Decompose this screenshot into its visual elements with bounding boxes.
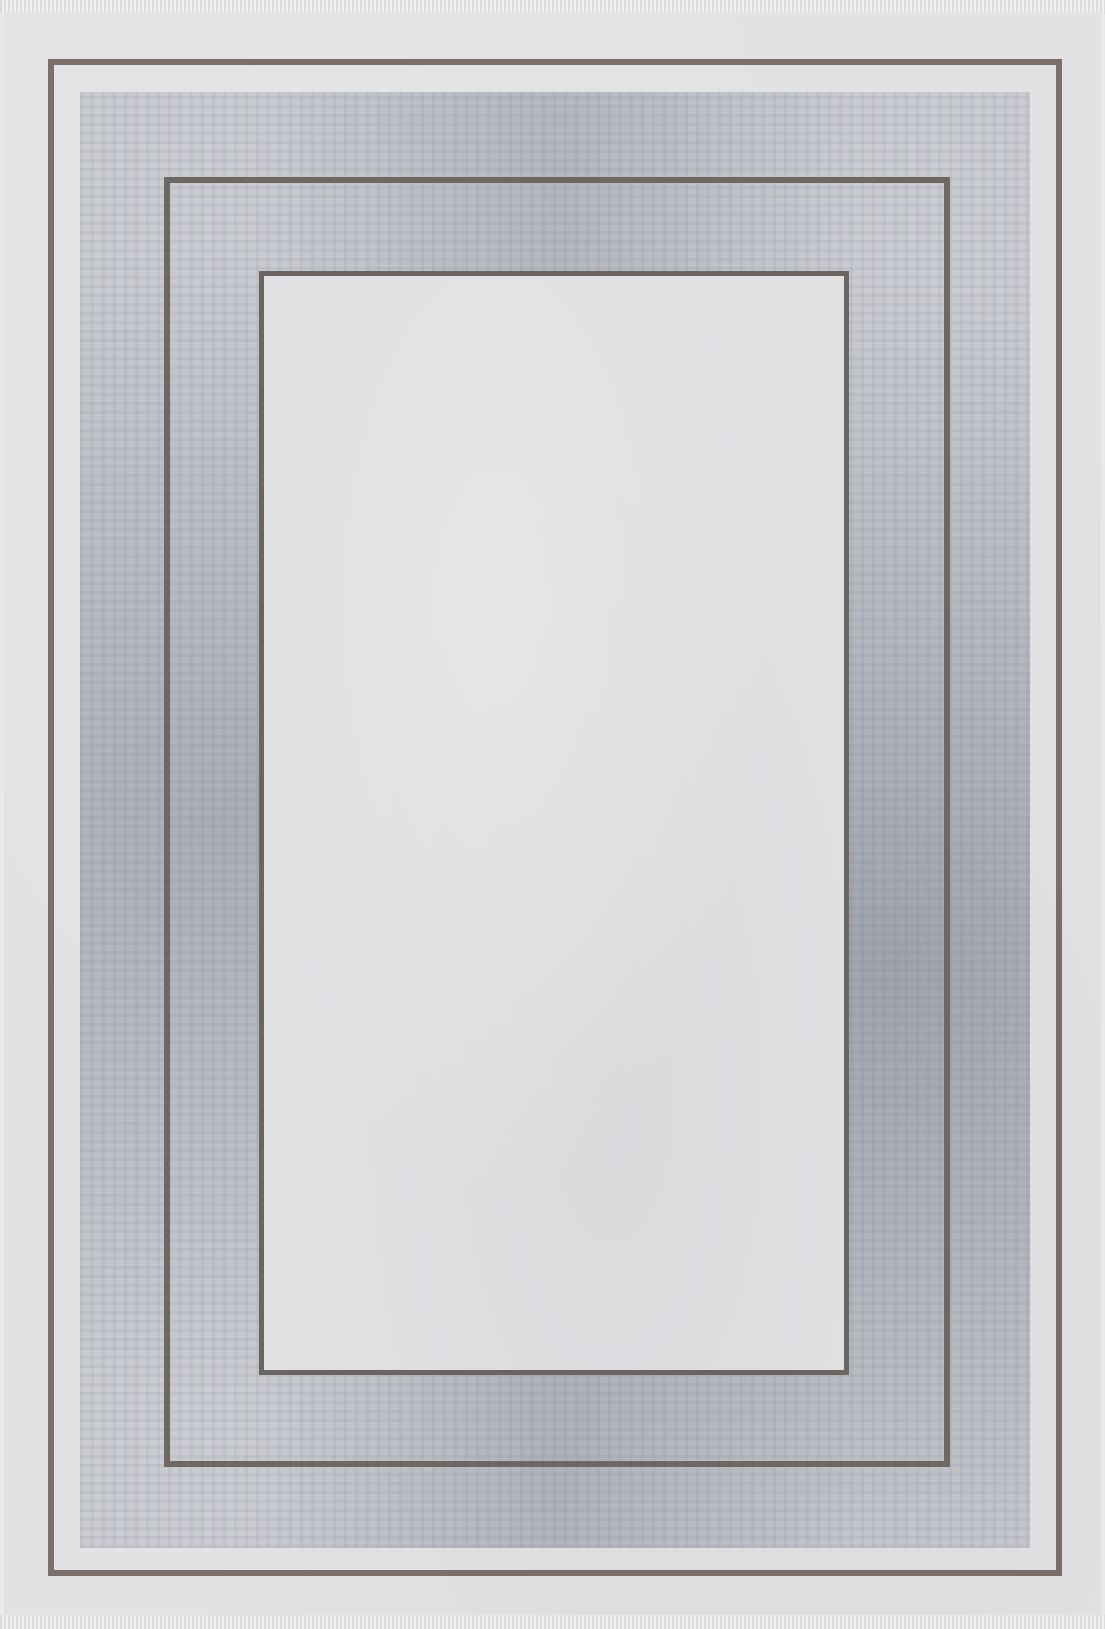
rug: [4, 12, 1101, 1617]
center-field: [259, 271, 849, 1375]
bottom-fringe: [0, 1615, 1105, 1629]
